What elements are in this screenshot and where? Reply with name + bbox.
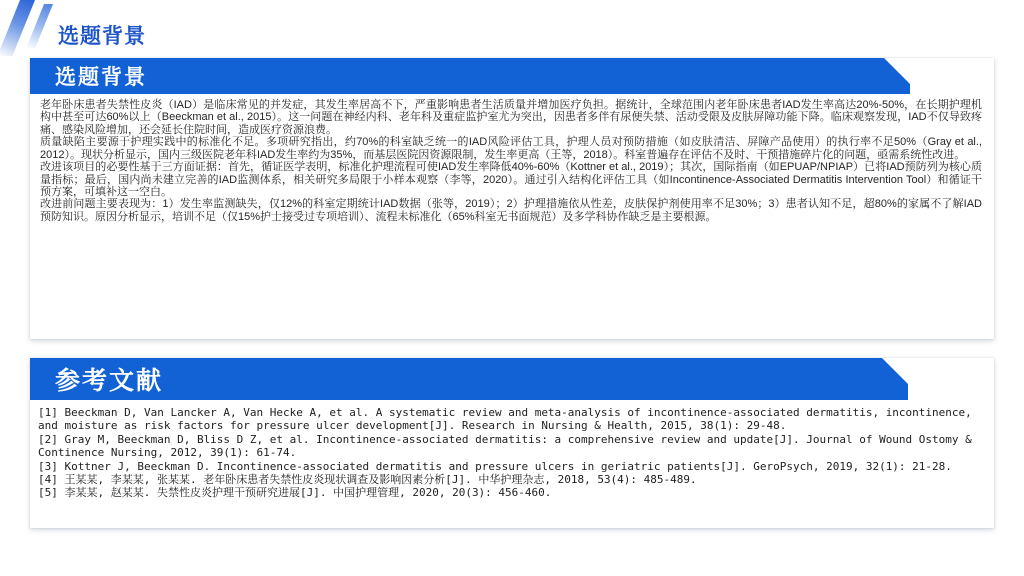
reference-item-5: [5] 李某某, 赵某某. 失禁性皮炎护理干预研究进展[J]. 中国护理管理, … bbox=[38, 486, 984, 499]
presentation-slide: 选题背景 选题背景 老年卧床患者失禁性皮炎（IAD）是临床常见的并发症，其发生率… bbox=[0, 0, 1024, 576]
reference-item-3: [3] Kottner J, Beeckman D. Incontinence-… bbox=[38, 460, 984, 473]
slash-stroke-large bbox=[0, 0, 35, 56]
slash-stroke-small bbox=[26, 4, 53, 48]
background-card: 选题背景 老年卧床患者失禁性皮炎（IAD）是临床常见的并发症，其发生率居高不下，… bbox=[30, 58, 994, 339]
reference-item-4: [4] 王某某, 李某某, 张某某. 老年卧床患者失禁性皮炎现状调查及影响因素分… bbox=[38, 473, 984, 486]
slash-decoration-icon bbox=[6, 0, 66, 60]
background-paragraph-2: 质量缺陷主要源于护理实践中的标准化不足。多项研究指出，约70%的科室缺乏统一的I… bbox=[40, 136, 982, 161]
references-section-banner: 参考文献 bbox=[30, 358, 908, 400]
background-banner-label: 选题背景 bbox=[55, 61, 147, 91]
reference-item-2: [2] Gray M, Beeckman D, Bliss D Z, et al… bbox=[38, 433, 984, 460]
background-paragraph-3: 改进该项目的必要性基于三方面证据：首先，循证医学表明，标准化护理流程可使IAD发… bbox=[40, 161, 982, 198]
background-paragraph-1: 老年卧床患者失禁性皮炎（IAD）是临床常见的并发症，其发生率居高不下，严重影响患… bbox=[40, 99, 982, 136]
references-card: 参考文献 [1] Beeckman D, Van Lancker A, Van … bbox=[30, 358, 994, 528]
references-banner-label: 参考文献 bbox=[55, 361, 163, 397]
background-paragraph-4: 改进前问题主要表现为：1）发生率监测缺失，仅12%的科室定期统计IAD数据（张等… bbox=[40, 198, 982, 223]
background-body-text: 老年卧床患者失禁性皮炎（IAD）是临床常见的并发症，其发生率居高不下，严重影响患… bbox=[30, 94, 994, 339]
reference-item-1: [1] Beeckman D, Van Lancker A, Van Hecke… bbox=[38, 406, 984, 433]
page-title: 选题背景 bbox=[58, 20, 146, 50]
references-list: [1] Beeckman D, Van Lancker A, Van Hecke… bbox=[30, 400, 994, 528]
background-section-banner: 选题背景 bbox=[30, 58, 910, 94]
